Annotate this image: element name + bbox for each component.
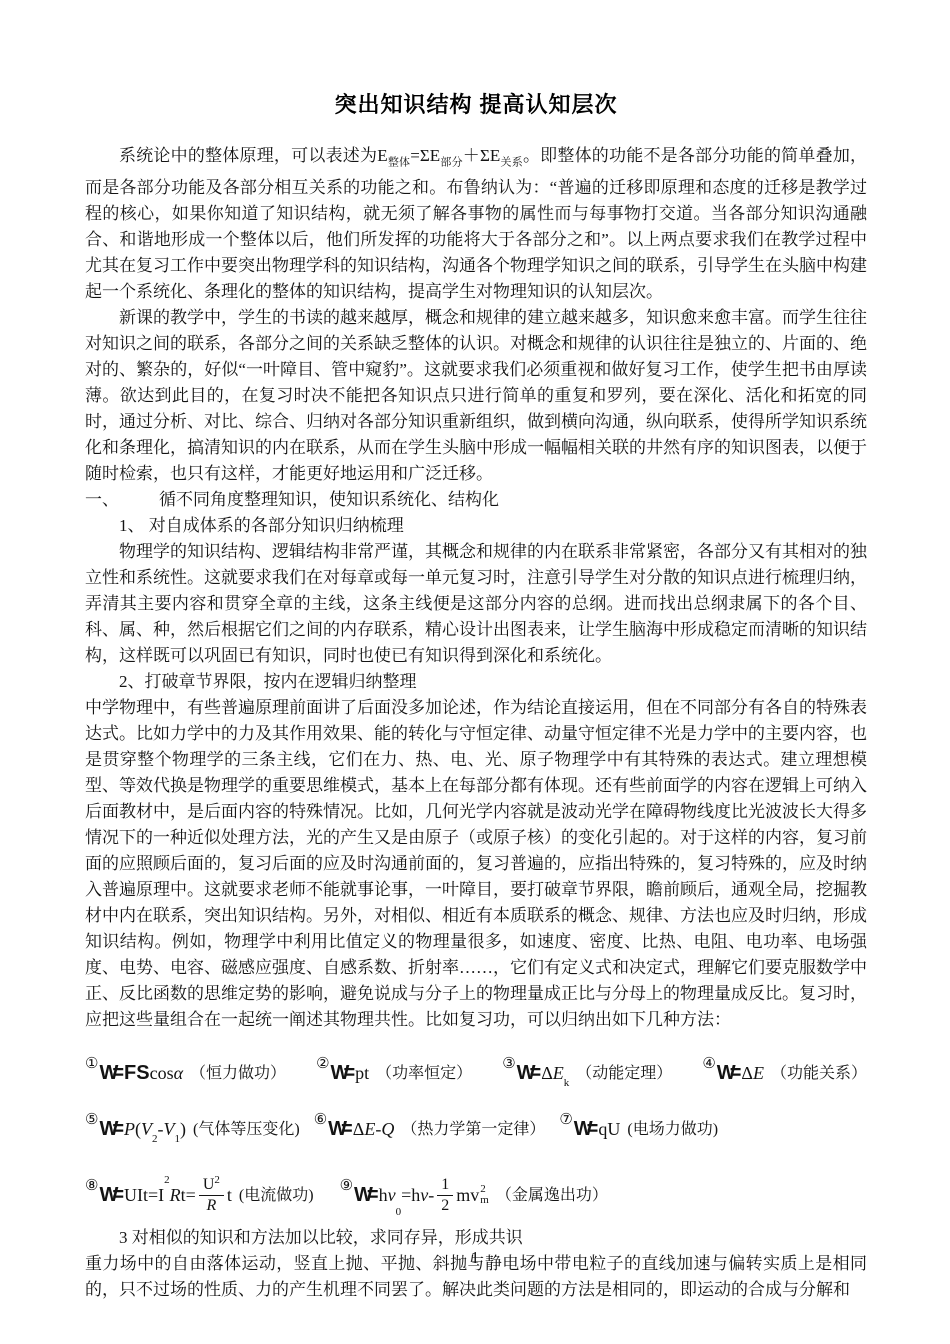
paragraph-system-theory: 系统论中的整体原理，可以表述为E整体=ΣE部分＋ΣE关系。即整体的功能不是各部分… (85, 143, 867, 305)
formula-label: (电场力做功) (627, 1116, 718, 1139)
section-heading-text: 循不同角度整理知识，使知识系统化、结构化 (159, 490, 499, 509)
formula-number: ⑤ (85, 1110, 98, 1129)
formula-row-1: ①W=FScosα（恒力做功）②W=pt（功率恒定）③W=ΔEk（动能定理）④W… (85, 1047, 867, 1095)
formula-item: ⑧W=UIt=I2Rt=U2Rt(电流做功) (85, 1174, 314, 1212)
document-page: 突出知识结构 提高认知层次 系统论中的整体原理，可以表述为E整体=ΣE部分＋ΣE… (0, 0, 950, 1344)
formula-row-2: ⑤W=P(V2 - V1)(气体等压变化)⑥W=ΔE - Q（热力学第一定律）⑦… (85, 1101, 867, 1153)
formula-number: ④ (702, 1054, 715, 1073)
sup-sub-stack: 2m (480, 1184, 489, 1207)
fraction: U2R (199, 1176, 224, 1214)
formula-number: ② (316, 1054, 329, 1073)
document-content: 突出知识结构 提高认知层次 系统论中的整体原理，可以表述为E整体=ΣE部分＋ΣE… (85, 88, 867, 1303)
formula-item: ⑨W=hν0=hν - 12mv2m（金属逸出功） (340, 1174, 608, 1212)
formula-number: ⑦ (559, 1110, 572, 1129)
formula-expression: W=FScosα (99, 1062, 183, 1085)
paragraph-new-course: 新课的教学中，学生的书读的越来越厚，概念和规律的建立越来越多，知识愈来愈丰富。而… (85, 305, 867, 487)
formula-item: ①W=FScosα（恒力做功） (85, 1060, 286, 1083)
formula-number: ① (85, 1054, 98, 1073)
formula-item: ⑥W=ΔE - Q（热力学第一定律） (314, 1116, 546, 1139)
fraction: 12 (437, 1176, 453, 1214)
formula-label: （功能关系） (771, 1060, 867, 1083)
section-marker: 一、 (85, 490, 119, 509)
formula-label: （金属逸出功） (496, 1182, 608, 1205)
formula-number: ⑧ (85, 1176, 98, 1195)
formula-expression: W=ΔE - Q (328, 1118, 394, 1141)
formula-row-3: ⑧W=UIt=I2Rt=U2Rt(电流做功)⑨W=hν0=hν - 12mv2m… (85, 1161, 867, 1225)
formula-label: （功率恒定） (376, 1060, 472, 1083)
formula-item: ⑦W=qU(电场力做功) (559, 1116, 718, 1139)
subsection-heading-2: 2、打破章节界限，按内在逻辑归纳整理 (85, 669, 867, 695)
formula-number: ⑥ (314, 1110, 327, 1129)
subsection-heading-1: 1、 对自成体系的各部分知识归纳梳理 (85, 513, 867, 539)
formula-label: （热力学第一定律） (401, 1116, 545, 1139)
formula-number: ⑨ (340, 1176, 353, 1195)
formula-item: ③W=ΔEk（动能定理） (502, 1060, 672, 1083)
formula-expression: W=hν0=hν - 12mv2m (354, 1176, 489, 1214)
formula-expression: W=UIt=I2Rt=U2Rt (99, 1176, 231, 1214)
paragraph-physics-structure: 物理学的知识结构、逻辑结构非常严谨，其概念和规律的内在联系非常紧密，各部分又有其… (85, 539, 867, 669)
formula-label: (电流做功) (239, 1182, 314, 1205)
formula-item: ⑤W=P(V2 - V1)(气体等压变化) (85, 1116, 300, 1139)
formula-item: ②W=pt（功率恒定） (316, 1060, 472, 1083)
formula-expression: W=qU (574, 1118, 621, 1141)
formula-expression: W=P(V2 - V1) (99, 1118, 186, 1141)
formula-expression: W=ΔEk (517, 1062, 570, 1085)
formula-number: ③ (502, 1054, 515, 1073)
formula-label: （恒力做功） (190, 1060, 286, 1083)
formula-expression: W=pt (331, 1062, 370, 1085)
page-title: 突出知识结构 提高认知层次 (85, 88, 867, 119)
formula-expression: W=ΔE (717, 1062, 764, 1085)
formula-label: （动能定理） (576, 1060, 672, 1083)
section-heading-1: 一、循不同角度整理知识，使知识系统化、结构化 (85, 487, 867, 513)
formula-item: ④W=ΔE（功能关系） (702, 1060, 867, 1083)
page-number: 1 (0, 1248, 950, 1268)
formula-label: (气体等压变化) (193, 1116, 300, 1139)
paragraph-middle-school-physics: 中学物理中，有些普遍原理前面讲了后面没多加论述，作为结论直接运用，但在不同部分有… (85, 695, 867, 1033)
